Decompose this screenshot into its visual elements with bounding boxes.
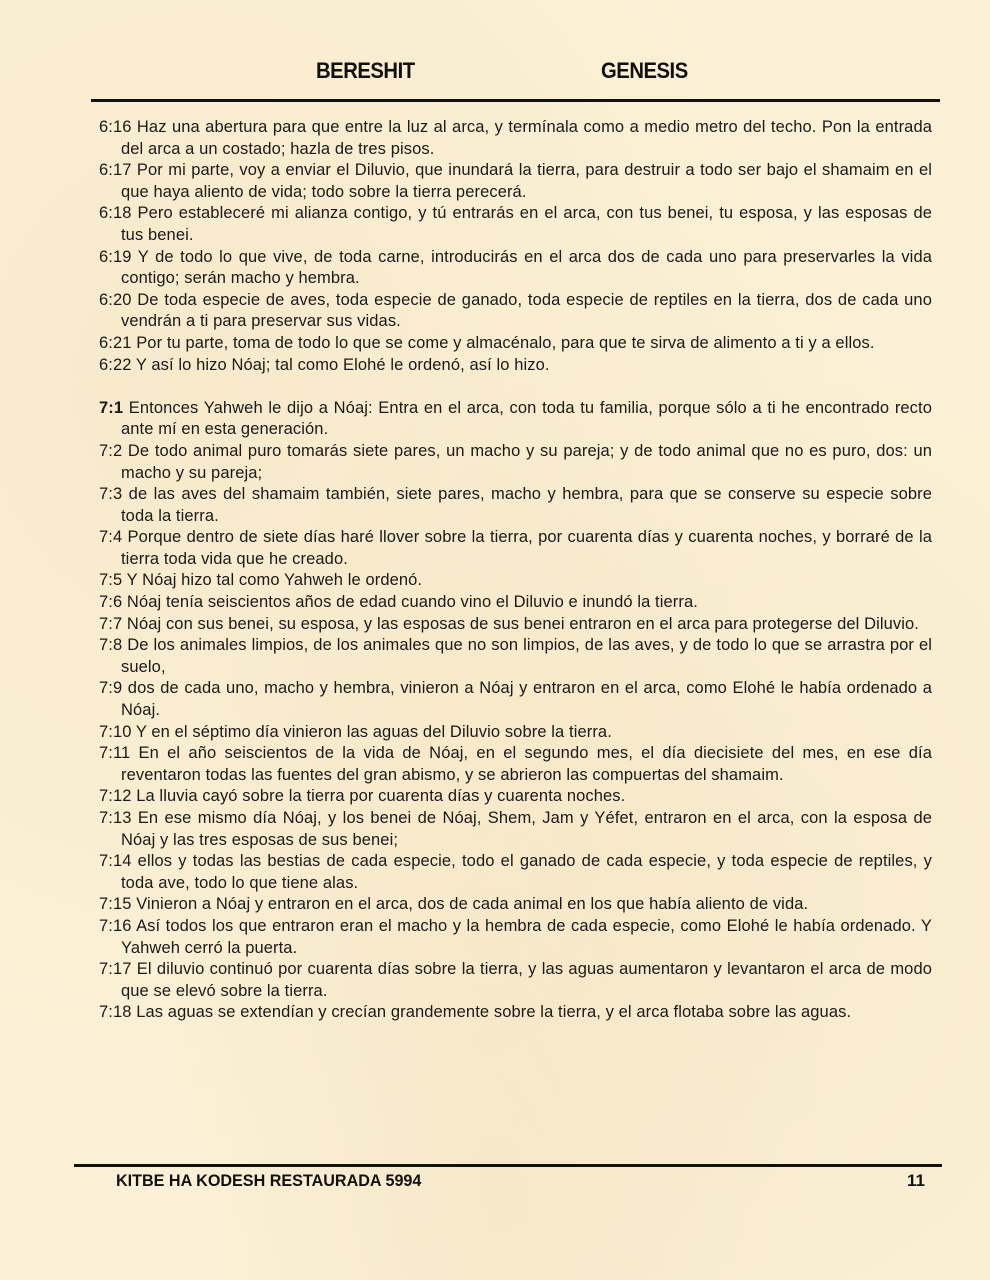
verse-ref: 6:16: [99, 118, 132, 136]
verse-6-16: 6:16 Haz una abertura para que entre la …: [99, 117, 932, 160]
verse-7-13: 7:13 En ese mismo día Nóaj, y los benei …: [99, 808, 932, 851]
verse-text: Pero estableceré mi alianza contigo, y t…: [121, 204, 932, 244]
verse-7-6: 7:6 Nóaj tenía seiscientos años de edad …: [99, 592, 932, 614]
verse-text: El diluvio continuó por cuarenta días so…: [121, 960, 932, 1000]
verse-ref: 7:1: [99, 399, 123, 417]
verse-text: De todo animal puro tomarás siete pares,…: [121, 442, 932, 482]
verse-ref: 6:21: [99, 334, 132, 352]
footer-publication-title: KITBE HA KODESH RESTAURADA 5994: [116, 1171, 421, 1191]
verse-ref: 7:10: [99, 723, 132, 741]
verse-ref: 7:15: [99, 895, 132, 913]
page-header: BERESHIT GENESIS: [0, 58, 990, 90]
verse-7-15: 7:15 Vinieron a Nóaj y entraron en el ar…: [99, 894, 932, 916]
verse-ref: 6:17: [99, 161, 132, 179]
verse-text: Las aguas se extendían y crecían grandem…: [132, 1003, 852, 1021]
verse-ref: 7:8: [99, 636, 122, 654]
verse-text: En ese mismo día Nóaj, y los benei de Nó…: [121, 809, 932, 849]
verse-text: Y en el séptimo día vinieron las aguas d…: [132, 723, 612, 741]
verse-ref: 6:18: [99, 204, 132, 222]
verse-ref: 7:6: [99, 593, 122, 611]
verse-ref: 7:18: [99, 1003, 132, 1021]
verse-ref: 6:20: [99, 291, 132, 309]
verse-6-19: 6:19 Y de todo lo que vive, de toda carn…: [99, 247, 932, 290]
verse-7-8: 7:8 De los animales limpios, de los anim…: [99, 635, 932, 678]
verse-ref: 7:11: [99, 744, 130, 762]
verse-6-21: 6:21 Por tu parte, toma de todo lo que s…: [99, 333, 932, 355]
verse-7-16: 7:16 Así todos los que entraron eran el …: [99, 916, 932, 959]
verse-text: Nóaj tenía seiscientos años de edad cuan…: [122, 593, 698, 611]
verse-6-22: 6:22 Y así lo hizo Nóaj; tal como Elohé …: [99, 355, 932, 377]
footer-divider: [74, 1164, 942, 1167]
header-divider: [91, 99, 940, 102]
verse-text: Y así lo hizo Nóaj; tal como Elohé le or…: [132, 356, 550, 374]
verse-text: La lluvia cayó sobre la tierra por cuare…: [132, 787, 626, 805]
verse-ref: 7:4: [99, 528, 122, 546]
verse-7-17: 7:17 El diluvio continuó por cuarenta dí…: [99, 959, 932, 1002]
verse-7-3: 7:3 de las aves del shamaim también, sie…: [99, 484, 932, 527]
verse-text: dos de cada uno, macho y hembra, viniero…: [121, 679, 932, 719]
verse-text: Y de todo lo que vive, de toda carne, in…: [121, 248, 932, 288]
verse-ref: 7:14: [99, 852, 132, 870]
verse-6-17: 6:17 Por mi parte, voy a enviar el Diluv…: [99, 160, 932, 203]
verse-ref: 7:5: [99, 571, 122, 589]
verse-text: En el año seiscientos de la vida de Nóaj…: [121, 744, 932, 784]
verse-text: Entonces Yahweh le dijo a Nóaj: Entra en…: [121, 399, 932, 439]
verse-7-12: 7:12 La lluvia cayó sobre la tierra por …: [99, 786, 932, 808]
verse-text: de las aves del shamaim también, siete p…: [121, 485, 932, 525]
verse-7-1: 7:1 Entonces Yahweh le dijo a Nóaj: Entr…: [99, 398, 932, 441]
verse-text: Y Nóaj hizo tal como Yahweh le ordenó.: [122, 571, 422, 589]
verse-ref: 7:12: [99, 787, 132, 805]
header-book-spanish-name: GENESIS: [601, 58, 688, 84]
verse-ref: 7:2: [99, 442, 122, 460]
verse-list: 6:16 Haz una abertura para que entre la …: [99, 117, 932, 1024]
verse-ref: 7:7: [99, 615, 122, 633]
verse-6-18: 6:18 Pero estableceré mi alianza contigo…: [99, 203, 932, 246]
verse-7-5: 7:5 Y Nóaj hizo tal como Yahweh le orden…: [99, 570, 932, 592]
verse-7-4: 7:4 Porque dentro de siete días haré llo…: [99, 527, 932, 570]
verse-text: ellos y todas las bestias de cada especi…: [121, 852, 932, 892]
verse-text: Haz una abertura para que entre la luz a…: [121, 118, 932, 158]
verse-ref: 6:19: [99, 248, 132, 266]
verse-7-18: 7:18 Las aguas se extendían y crecían gr…: [99, 1002, 932, 1024]
header-book-hebrew-name: BERESHIT: [316, 58, 415, 84]
verse-ref: 7:17: [99, 960, 132, 978]
verse-7-14: 7:14 ellos y todas las bestias de cada e…: [99, 851, 932, 894]
verse-ref: 7:16: [99, 917, 132, 935]
verse-ref: 7:13: [99, 809, 132, 827]
verse-7-11: 7:11 En el año seiscientos de la vida de…: [99, 743, 932, 786]
verse-text: Por tu parte, toma de todo lo que se com…: [132, 334, 875, 352]
chapter-break: [99, 376, 932, 398]
verse-7-2: 7:2 De todo animal puro tomarás siete pa…: [99, 441, 932, 484]
page-number: 11: [907, 1171, 925, 1191]
verse-ref: 6:22: [99, 356, 132, 374]
verse-7-10: 7:10 Y en el séptimo día vinieron las ag…: [99, 722, 932, 744]
verse-text: Por mi parte, voy a enviar el Diluvio, q…: [121, 161, 932, 201]
verse-text: Vinieron a Nóaj y entraron en el arca, d…: [132, 895, 809, 913]
verse-7-7: 7:7 Nóaj con sus benei, su esposa, y las…: [99, 614, 932, 636]
verse-text: Así todos los que entraron eran el macho…: [121, 917, 932, 957]
verse-text: Nóaj con sus benei, su esposa, y las esp…: [122, 615, 919, 633]
verse-ref: 7:3: [99, 485, 122, 503]
verse-text: De toda especie de aves, toda especie de…: [121, 291, 932, 331]
verse-7-9: 7:9 dos de cada uno, macho y hembra, vin…: [99, 678, 932, 721]
verse-text: Porque dentro de siete días haré llover …: [121, 528, 932, 568]
verse-ref: 7:9: [99, 679, 122, 697]
verse-6-20: 6:20 De toda especie de aves, toda espec…: [99, 290, 932, 333]
verse-text: De los animales limpios, de los animales…: [121, 636, 932, 676]
